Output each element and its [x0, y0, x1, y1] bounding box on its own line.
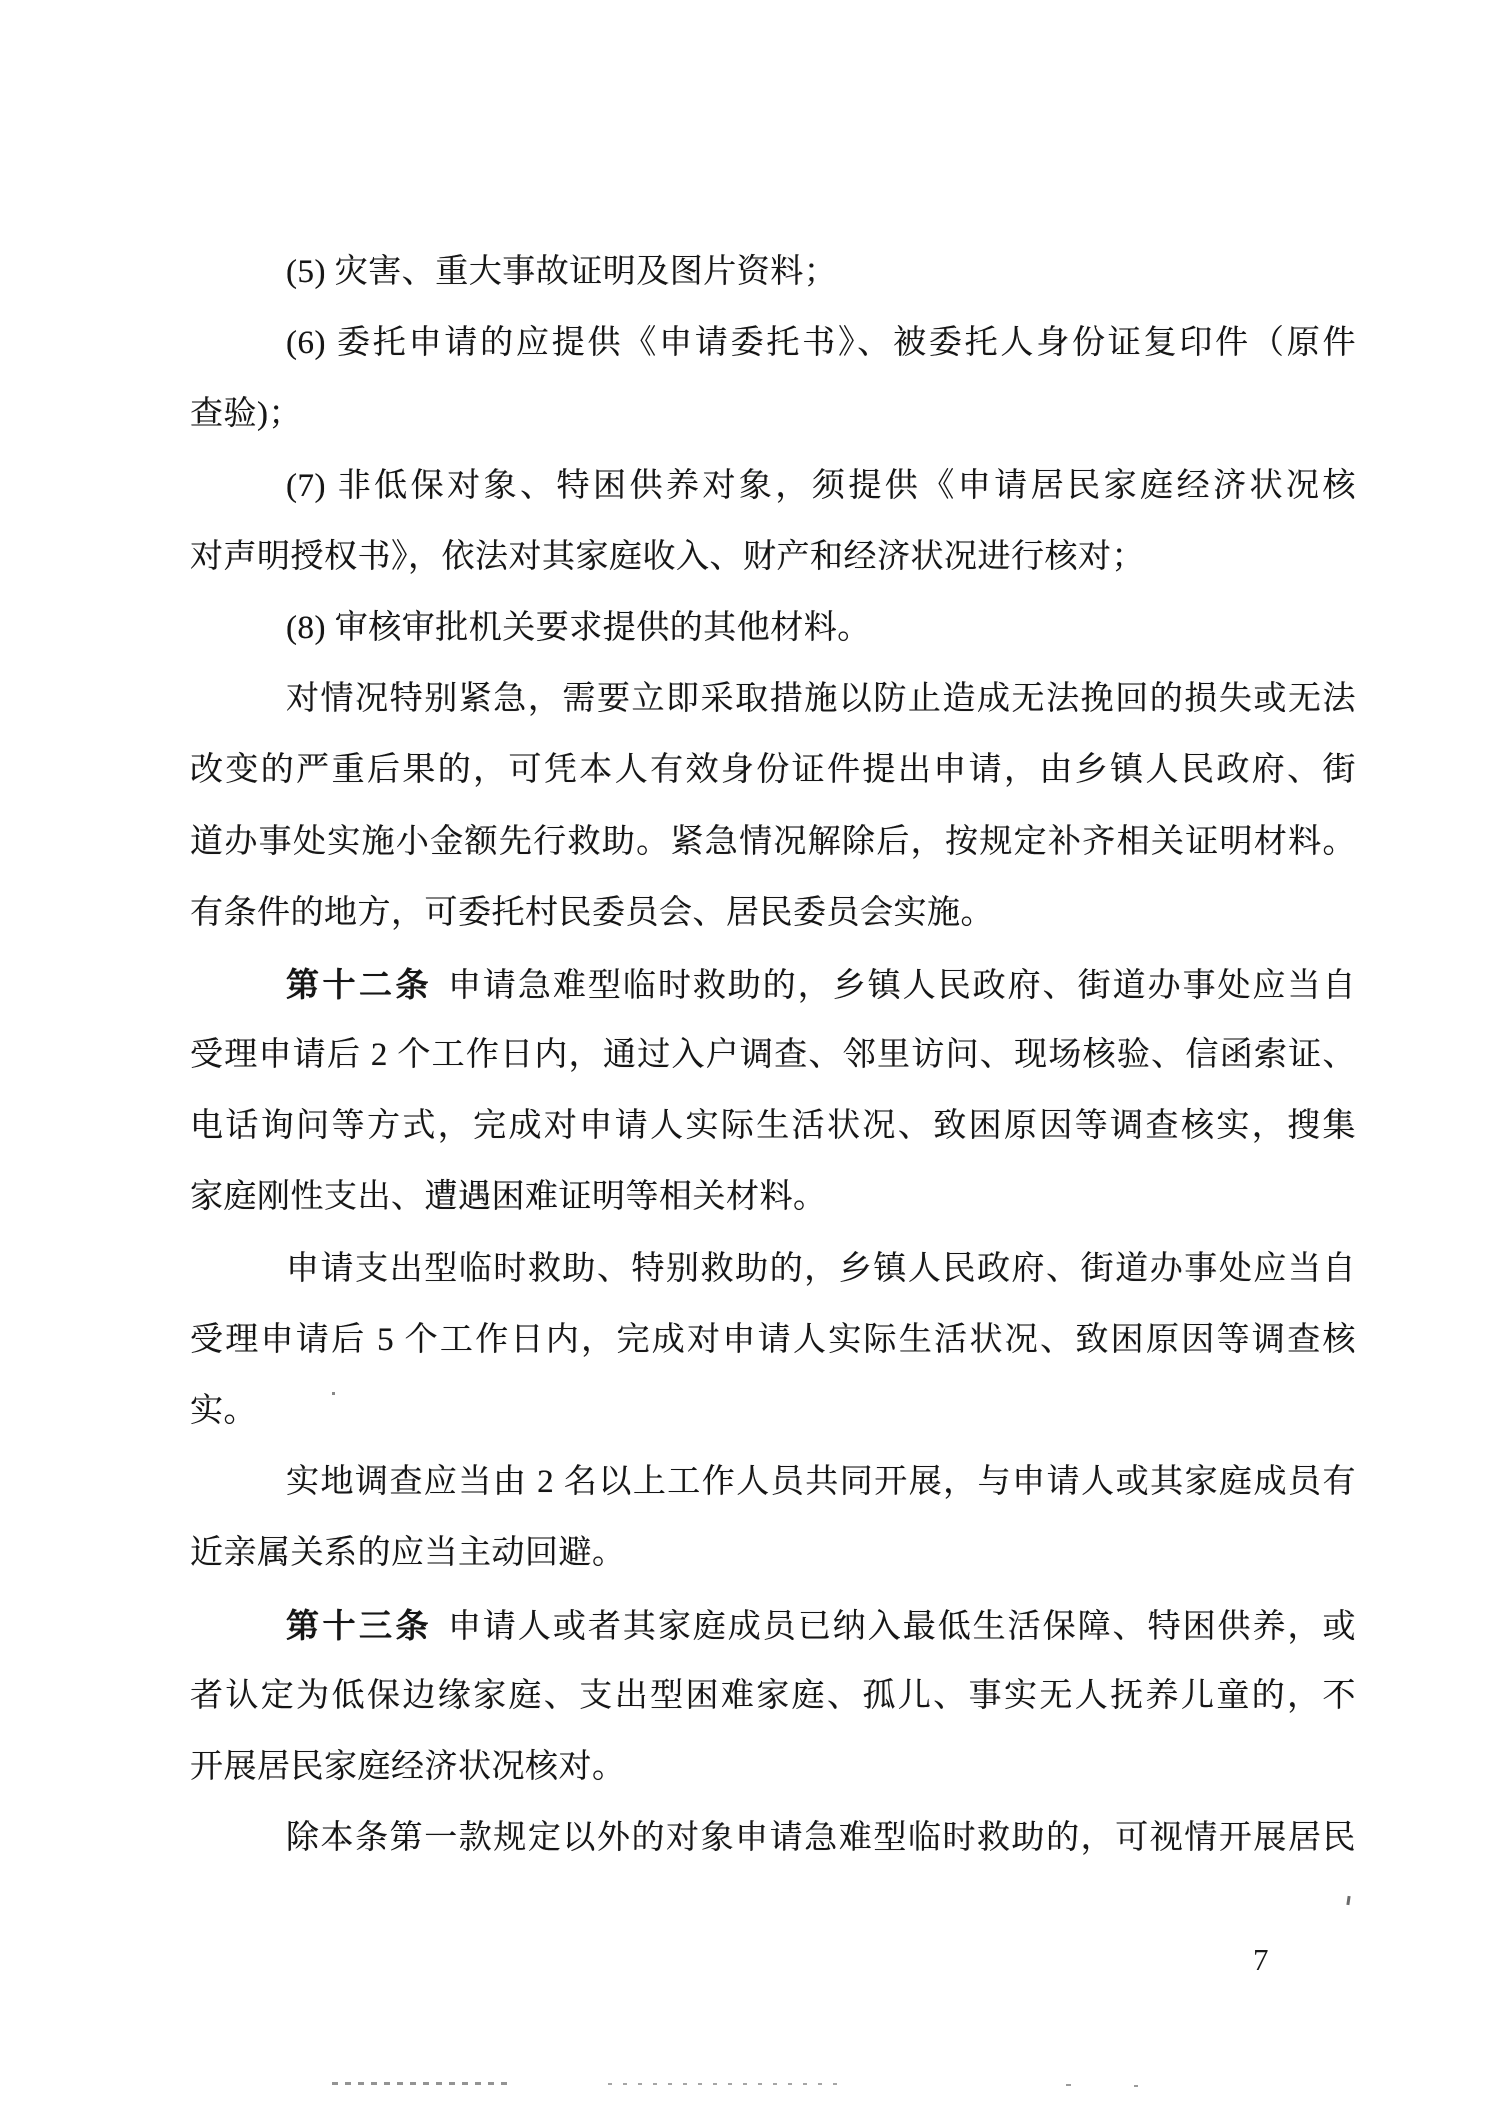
- text-line-item-6: (6) 委托申请的应提供《申请委托书》、被委托人身份证复印件（原件: [190, 308, 1356, 379]
- text-line-article-12-l3: 电话询问等方式，完成对申请人实际生活状况、致困原因等调查核实，搜集: [190, 1091, 1356, 1162]
- text-line-item-7: (7) 非低保对象、特困供养对象，须提供《申请居民家庭经济状况核: [190, 451, 1356, 522]
- scan-noise-line: [332, 2082, 510, 2085]
- text-line-last-para: 除本条第一款规定以外的对象申请急难型临时救助的，可视情开展居民: [190, 1803, 1356, 1874]
- text-line-expense-para-1: 申请支出型临时救助、特别救助的，乡镇人民政府、街道办事处应当自: [190, 1234, 1356, 1305]
- text-line-article-12-l4: 家庭刚性支出、遭遇困难证明等相关材料。: [190, 1162, 1356, 1233]
- text-line-survey-para-1: 实地调查应当由 2 名以上工作人员共同开展，与申请人或其家庭成员有: [190, 1447, 1356, 1518]
- text-line-item-5: (5) 灾害、重大事故证明及图片资料；: [190, 237, 1356, 308]
- text-line-urgent-para-4: 有条件的地方，可委托村民委员会、居民委员会实施。: [190, 878, 1356, 949]
- text-line-urgent-para-3: 道办事处实施小金额先行救助。紧急情况解除后，按规定补齐相关证明材料。: [190, 807, 1356, 878]
- page-number: 7: [1253, 1942, 1269, 1978]
- text-line-survey-para-2: 近亲属关系的应当主动回避。: [190, 1518, 1356, 1589]
- text-line-article-12-l2: 受理申请后 2 个工作日内，通过入户调查、邻里访问、现场核验、信函索证、: [190, 1020, 1356, 1091]
- scan-speck: [1346, 1896, 1350, 1905]
- article-13-label: 第十三条: [286, 1607, 432, 1644]
- article-12-label: 第十二条: [286, 966, 432, 1003]
- scan-speck: [332, 1392, 335, 1395]
- text-line-urgent-para-1: 对情况特别紧急，需要立即采取措施以防止造成无法挽回的损失或无法: [190, 664, 1356, 735]
- scan-noise-dot: [1134, 2085, 1138, 2087]
- scan-noise-dot: [1066, 2084, 1071, 2086]
- scan-noise-line: [608, 2083, 848, 2085]
- article-13-text: 申请人或者其家庭成员已纳入最低生活保障、特困供养，或: [448, 1609, 1356, 1645]
- text-line-expense-para-3: 实。: [190, 1376, 1356, 1447]
- text-line-item-6-cont: 查验)；: [190, 379, 1356, 450]
- text-line-item-7-cont: 对声明授权书》，依法对其家庭收入、财产和经济状况进行核对；: [190, 522, 1356, 593]
- text-line-article-12: 第十二条申请急难型临时救助的，乡镇人民政府、街道办事处应当自: [190, 949, 1356, 1020]
- text-line-article-13-l2: 者认定为低保边缘家庭、支出型困难家庭、孤儿、事实无人抚养儿童的，不: [190, 1661, 1356, 1732]
- body-text: (5) 灾害、重大事故证明及图片资料； (6) 委托申请的应提供《申请委托书》、…: [190, 237, 1356, 1874]
- document-page: (5) 灾害、重大事故证明及图片资料； (6) 委托申请的应提供《申请委托书》、…: [0, 0, 1488, 2106]
- text-line-article-13-l3: 开展居民家庭经济状况核对。: [190, 1732, 1356, 1803]
- text-line-article-13: 第十三条申请人或者其家庭成员已纳入最低生活保障、特困供养，或: [190, 1590, 1356, 1661]
- article-12-text: 申请急难型临时救助的，乡镇人民政府、街道办事处应当自: [448, 968, 1356, 1004]
- text-line-urgent-para-2: 改变的严重后果的，可凭本人有效身份证件提出申请，由乡镇人民政府、街: [190, 735, 1356, 806]
- text-line-item-8: (8) 审核审批机关要求提供的其他材料。: [190, 593, 1356, 664]
- text-line-expense-para-2: 受理申请后 5 个工作日内，完成对申请人实际生活状况、致困原因等调查核: [190, 1305, 1356, 1376]
